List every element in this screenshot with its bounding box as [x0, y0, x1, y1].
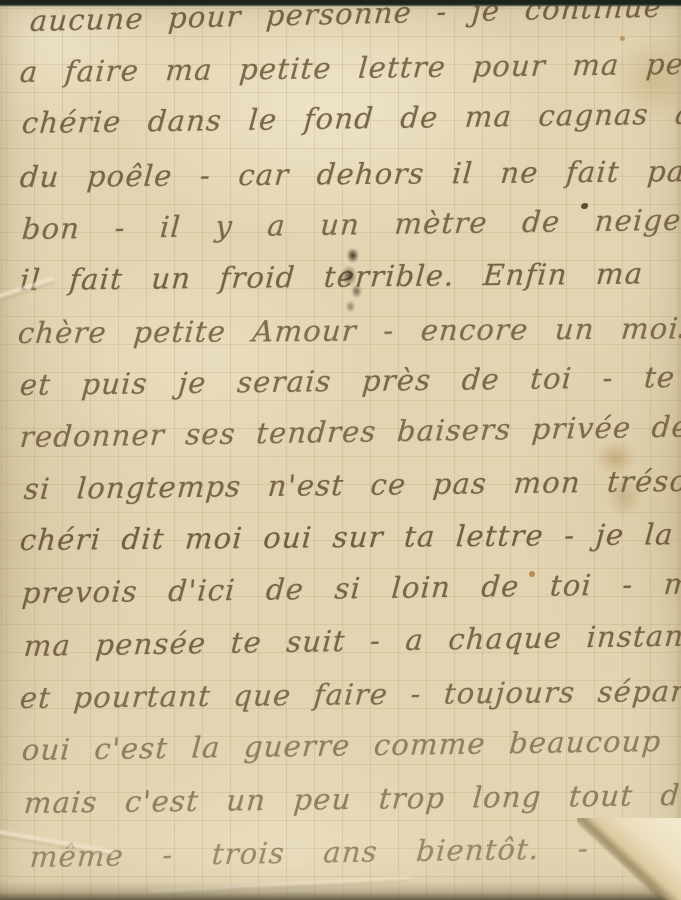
letter-line: il fait un froid terrible. Enfin ma	[19, 256, 645, 297]
rust-fleck	[620, 36, 625, 41]
letter-line: chère petite Amour - encore un mois	[17, 311, 681, 350]
letter-line: et pourtant que faire - toujours séparée	[19, 674, 681, 715]
letter-line: ma pensée te suit - a chaque instant	[23, 618, 681, 663]
letter-line: et puis je serais près de toi - te	[19, 360, 677, 402]
letter-line: du poêle - car dehors il ne fait pas	[19, 154, 681, 194]
ink-blot	[333, 249, 371, 313]
folded-corner	[577, 818, 681, 900]
rust-stain	[575, 425, 665, 535]
letter-line: mais c'est un peu trop long tout de	[23, 778, 681, 820]
scan-top-edge	[0, 0, 681, 7]
scanned-letter-page: aucune pour personne - je continuea fair…	[0, 0, 681, 900]
letter-line: prevois d'ici de si loin de toi - me	[21, 566, 681, 610]
letter-line: oui c'est la guerre comme beaucoup dise	[21, 723, 681, 767]
rust-fleck	[529, 571, 535, 577]
